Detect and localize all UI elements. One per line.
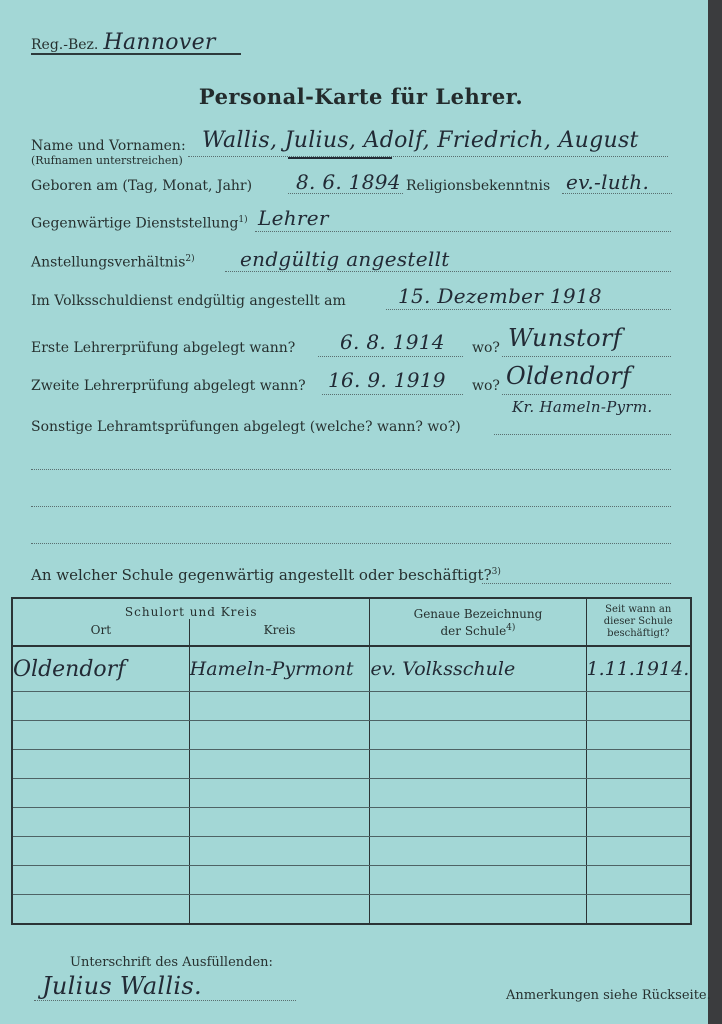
- table-row: [12, 779, 691, 808]
- first-exam-where-label: wo?: [472, 340, 500, 356]
- cell: [189, 866, 370, 895]
- current-school-label-text: An welcher Schule gegenwärtig angestellt…: [31, 566, 492, 584]
- rufname-underline: [288, 157, 392, 159]
- cell-ort: Oldendorf: [12, 646, 189, 692]
- cell: [586, 866, 691, 895]
- cell: [370, 895, 586, 925]
- table-row: [12, 692, 691, 721]
- signature-label: Unterschrift des Ausfüllenden:: [70, 955, 273, 970]
- table-row: [12, 808, 691, 837]
- cell: [189, 837, 370, 866]
- position-label-text: Gegenwärtige Dienststellung: [31, 216, 238, 232]
- page-title: Personal-Karte für Lehrer.: [0, 84, 722, 109]
- first-exam-where-value: Wunstorf: [508, 324, 622, 352]
- cell: [370, 692, 586, 721]
- second-exam-dotted-line: [322, 394, 463, 395]
- employment-label-text: Anstellungsverhältnis: [31, 255, 185, 271]
- volksschuldienst-value: 15. Dezember 1918: [398, 284, 602, 308]
- second-exam-where-note: Kr. Hameln-Pyrm.: [512, 398, 652, 416]
- reg-bez-value: Hannover: [103, 30, 215, 55]
- cell: [189, 779, 370, 808]
- cell: [189, 808, 370, 837]
- second-exam-where-dotted-line: [502, 394, 671, 395]
- cell: [586, 808, 691, 837]
- employment-dotted-line: [225, 271, 671, 272]
- table-row: [12, 895, 691, 925]
- table-row: [12, 721, 691, 750]
- second-exam-value: 16. 9. 1919: [328, 368, 446, 392]
- back-side-note: Anmerkungen siehe Rückseite.: [506, 988, 711, 1003]
- cell: [189, 895, 370, 925]
- cell: [189, 721, 370, 750]
- cell: [12, 692, 189, 721]
- reg-bez-label: Reg.-Bez.: [31, 37, 98, 53]
- cell: [12, 895, 189, 925]
- name-sublabel: (Rufnamen unterstreichen): [31, 154, 183, 167]
- signature-value: Julius Wallis.: [42, 972, 202, 1000]
- header-since-line3: beschäftigt?: [587, 628, 691, 640]
- cell: [12, 866, 189, 895]
- signature-dotted-line: [34, 1000, 296, 1001]
- first-exam-where-dotted-line: [502, 356, 671, 357]
- header-school-name-line1: Genaue Bezeichnung: [370, 607, 585, 621]
- cell-school: ev. Volksschule: [370, 646, 586, 692]
- cell: [370, 721, 586, 750]
- volksschuldienst-dotted-line: [386, 309, 671, 310]
- header-kreis: Kreis: [189, 619, 370, 646]
- cell: [586, 837, 691, 866]
- cell: [586, 750, 691, 779]
- second-exam-where-value: Oldendorf: [506, 362, 631, 390]
- cell: [586, 779, 691, 808]
- cell-kreis: Hameln-Pyrmont: [189, 646, 370, 692]
- cell: [370, 837, 586, 866]
- name-value: Wallis, Julius, Adolf, Friedrich, August: [202, 128, 639, 153]
- table-row: [12, 750, 691, 779]
- religion-value: ev.-luth.: [566, 170, 649, 194]
- header-since-line1: Seit wann an: [587, 604, 691, 616]
- born-value: 8. 6. 1894: [296, 170, 401, 194]
- cell: [370, 866, 586, 895]
- employment-label: Anstellungsverhältnis2): [31, 254, 195, 271]
- volksschuldienst-label: Im Volksschuldienst endgültig angestellt…: [31, 293, 346, 309]
- header-since-line2: dieser Schule: [587, 616, 691, 628]
- first-exam-value: 6. 8. 1914: [340, 330, 445, 354]
- header-school-name-line2-text: der Schule: [441, 624, 507, 638]
- group-header-schulort-kreis: Schulort und Kreis: [12, 598, 370, 619]
- employment-value: endgültig angestellt: [240, 247, 450, 271]
- first-exam-label: Erste Lehrerprüfung abgelegt wann?: [31, 340, 295, 356]
- born-label: Geboren am (Tag, Monat, Jahr): [31, 178, 252, 194]
- cell: [586, 895, 691, 925]
- header-ort: Ort: [12, 619, 189, 646]
- header-school-name: Genaue Bezeichnung der Schule4): [370, 598, 586, 646]
- cell: [370, 750, 586, 779]
- cell: [12, 808, 189, 837]
- table-row: [12, 866, 691, 895]
- other-exams-dotted-line-4: [31, 543, 671, 544]
- table-row: Oldendorf Hameln-Pyrmont ev. Volksschule…: [12, 646, 691, 692]
- current-school-label: An welcher Schule gegenwärtig angestellt…: [31, 566, 501, 584]
- cell: [12, 750, 189, 779]
- reg-bez: Reg.-Bez. Hannover: [31, 30, 216, 55]
- cell: [586, 692, 691, 721]
- other-exams-dotted-line-2: [31, 469, 671, 470]
- position-label: Gegenwärtige Dienststellung1): [31, 215, 248, 232]
- table-row: [12, 837, 691, 866]
- reg-bez-underline: [31, 53, 241, 55]
- header-school-name-line2: der Schule4): [370, 621, 585, 638]
- cell-since: 1.11.1914.: [586, 646, 691, 692]
- table-group-header-row: Schulort und Kreis Genaue Bezeichnung de…: [12, 598, 691, 619]
- cell: [586, 721, 691, 750]
- cell: [189, 692, 370, 721]
- position-value: Lehrer: [258, 206, 329, 230]
- first-exam-dotted-line: [318, 356, 463, 357]
- cell: [12, 837, 189, 866]
- cell: [370, 808, 586, 837]
- other-exams-label: Sonstige Lehramtsprüfungen abgelegt (wel…: [31, 419, 461, 435]
- second-exam-where-label: wo?: [472, 378, 500, 394]
- header-since-when: Seit wann an dieser Schule beschäftigt?: [586, 598, 691, 646]
- school-table: Schulort und Kreis Genaue Bezeichnung de…: [11, 597, 692, 925]
- employment-footnote: 2): [185, 254, 194, 264]
- cell: [12, 721, 189, 750]
- position-footnote: 1): [238, 215, 247, 225]
- cell: [370, 779, 586, 808]
- second-exam-label: Zweite Lehrerprüfung abgelegt wann?: [31, 378, 306, 394]
- current-school-dotted-line: [482, 583, 671, 584]
- other-exams-dotted-line-3: [31, 506, 671, 507]
- name-label: Name und Vornamen:: [31, 138, 186, 154]
- position-dotted-line: [255, 231, 671, 232]
- current-school-footnote: 3): [492, 567, 501, 577]
- religion-label: Religionsbekenntnis: [406, 178, 550, 194]
- scan-edge-strip: [708, 0, 722, 1024]
- other-exams-dotted-line: [494, 434, 671, 435]
- name-dotted-line: [188, 156, 668, 157]
- header-school-name-footnote: 4): [506, 623, 515, 633]
- cell: [189, 750, 370, 779]
- cell: [12, 779, 189, 808]
